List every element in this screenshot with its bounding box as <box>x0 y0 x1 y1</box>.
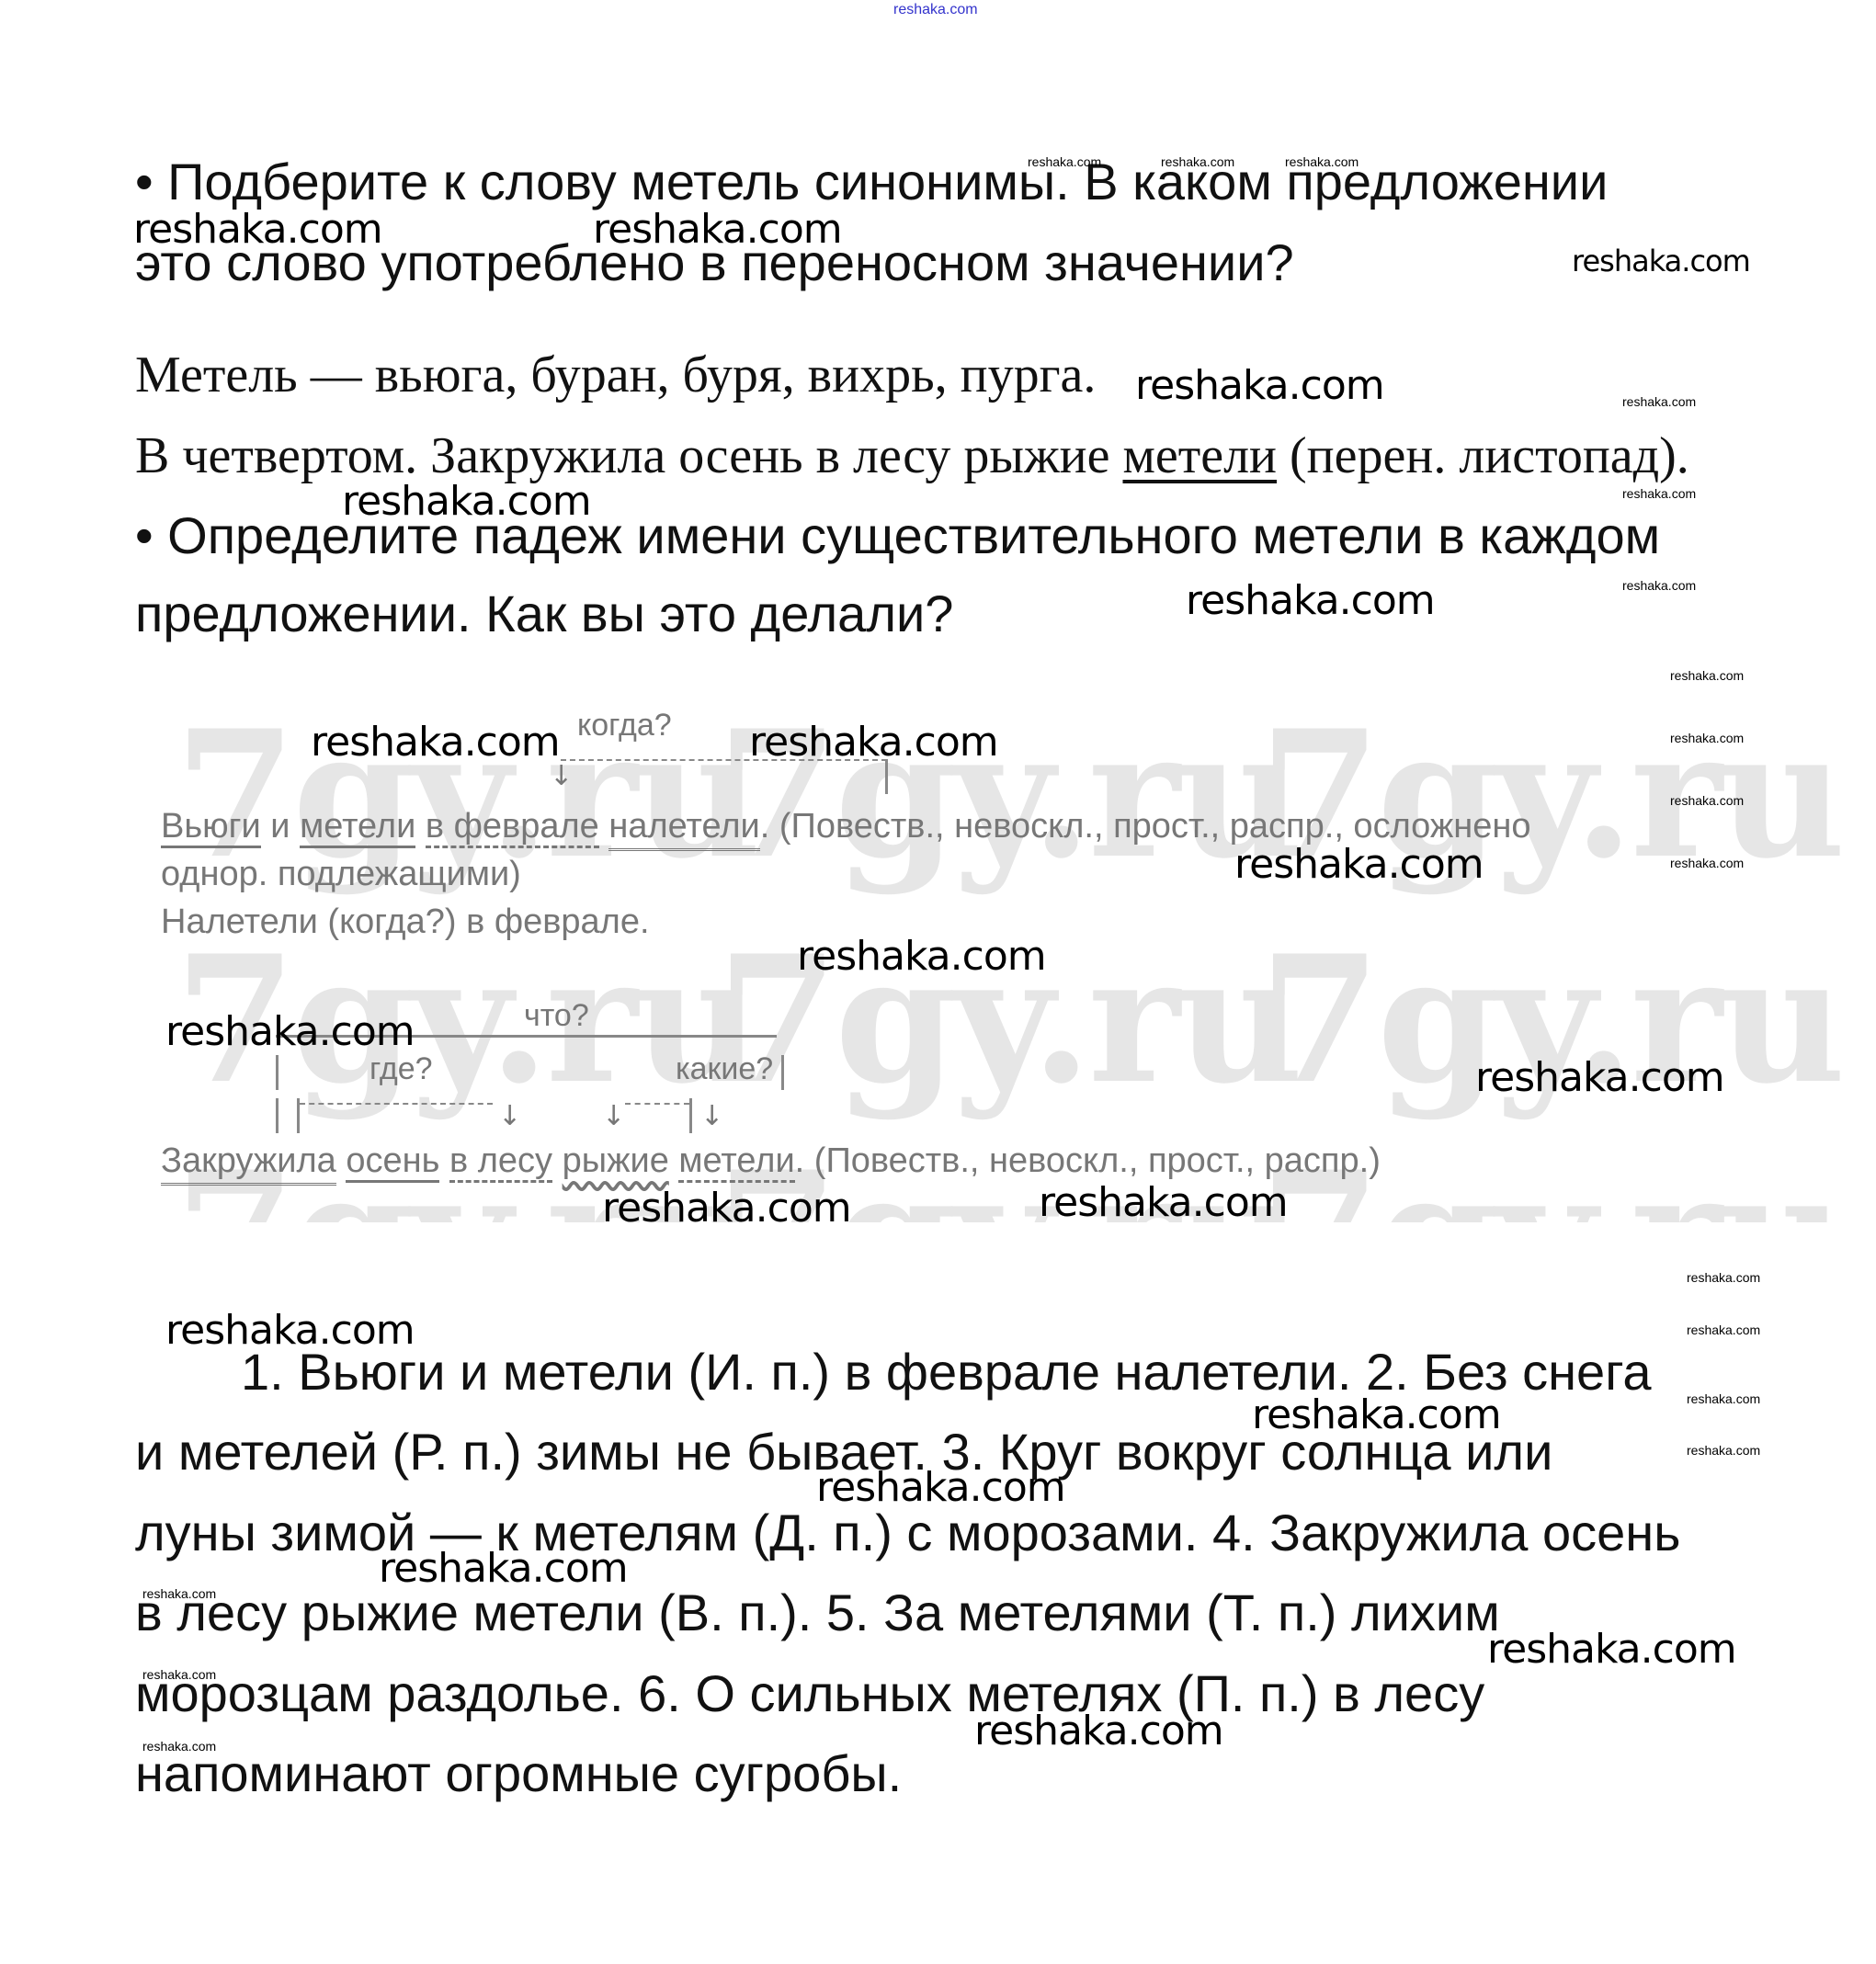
answer-2-line-5: морозцам раздолье. 6. О сильных метелях … <box>135 1668 1484 1720</box>
watermark-small: reshaka.com <box>1687 1271 1760 1284</box>
subject-word: Вьюги <box>161 807 261 848</box>
watermark-small: reshaka.com <box>1285 155 1359 168</box>
synonyms-answer: Метель — вьюга, буран, буря, вихрь, пург… <box>135 349 1096 401</box>
watermark-small: reshaka.com <box>1687 1444 1760 1457</box>
top-watermark: reshaka.com <box>893 3 978 17</box>
watermark-small: reshaka.com <box>1028 155 1101 168</box>
watermark-small: reshaka.com <box>1670 669 1744 682</box>
watermark: reshaka.com <box>816 1468 1065 1508</box>
watermark: reshaka.com <box>1039 1183 1288 1223</box>
answer-2-line-3: луны зимой — к метелям (Д. п.) с морозам… <box>135 1507 1680 1559</box>
sentence-characteristics: . (Повеств., невоскл., прост., распр.) <box>795 1141 1381 1180</box>
watermark: reshaka.com <box>133 210 382 250</box>
watermark: reshaka.com <box>602 1188 851 1229</box>
diagram-2-which-connector <box>625 1103 689 1105</box>
watermark: reshaka.com <box>1475 1058 1724 1098</box>
answer-2-line-6: напоминают огромные сугробы. <box>135 1748 902 1799</box>
subject-word: метели <box>300 807 415 848</box>
predicate-word: налетели <box>608 807 759 851</box>
watermark: reshaka.com <box>593 210 842 250</box>
figurative-answer-note: (перен. листопад). <box>1277 427 1689 484</box>
watermark: reshaka.com <box>1487 1629 1736 1670</box>
watermark-small: reshaka.com <box>1670 732 1744 744</box>
subject-word: осень <box>346 1141 439 1183</box>
arrow-down-icon: ↓ <box>700 1103 723 1130</box>
arrow-down-icon: ↓ <box>498 1103 521 1130</box>
question-2-line-2: предложении. Как вы это делали? <box>135 588 953 640</box>
watermark-small: reshaka.com <box>1670 794 1744 807</box>
watermark-small: reshaka.com <box>142 1740 216 1753</box>
diagram-2-connector-post <box>689 1098 692 1133</box>
diagram-2-question-which: какие? <box>676 1053 773 1084</box>
figurative-answer: В четвертом. Закружила осень в лесу рыжи… <box>135 430 1689 482</box>
diagram-2-connector-post <box>276 1098 279 1133</box>
diagram-1-question-when: когда? <box>577 710 672 741</box>
answer-2-line-4: в лесу рыжие метели (В. п.). 5. За метел… <box>135 1587 1500 1639</box>
watermark: reshaka.com <box>1234 845 1484 885</box>
predicate-word: Закружила <box>161 1141 336 1186</box>
watermark-small: reshaka.com <box>1687 1323 1760 1336</box>
adverbial-phrase: в феврале <box>426 807 599 848</box>
watermark-small: reshaka.com <box>1161 155 1234 168</box>
object-word: метели <box>678 1141 794 1183</box>
diagram-1-characteristics-cont: однор. подлежащими) <box>161 857 521 891</box>
attribute-word: рыжие <box>563 1141 669 1180</box>
diagram-2-connector-post <box>276 1055 279 1090</box>
figurative-word: метели <box>1122 427 1277 484</box>
watermark: reshaka.com <box>1572 246 1750 276</box>
arrow-down-icon: ↓ <box>550 763 573 790</box>
watermark: reshaka.com <box>1135 366 1384 406</box>
watermark: reshaka.com <box>342 482 591 522</box>
diagram-1-sentence: Вьюги и метели в феврале налетели. (Пове… <box>161 809 1531 844</box>
watermark: reshaka.com <box>1186 581 1435 621</box>
adverbial-phrase: в лесу <box>449 1141 552 1183</box>
watermark: reshaka.com <box>165 1012 415 1052</box>
arrow-down-icon: ↓ <box>602 1103 625 1130</box>
figurative-answer-lead: В четвертом. Закружила осень в лесу рыжи… <box>135 427 1122 484</box>
watermark-small: reshaka.com <box>1622 487 1696 500</box>
diagram-2-question-what: что? <box>524 1000 589 1031</box>
watermark: reshaka.com <box>974 1711 1223 1752</box>
diagram-2-connector-post <box>781 1055 784 1090</box>
watermark-small: reshaka.com <box>1687 1392 1760 1405</box>
watermark-small: reshaka.com <box>1670 857 1744 869</box>
watermark: reshaka.com <box>379 1549 628 1589</box>
diagram-2-sentence: Закружила осень в лесу рыжие метели. (По… <box>161 1143 1381 1178</box>
watermark: reshaka.com <box>797 937 1046 977</box>
watermark-small: reshaka.com <box>142 1587 216 1600</box>
watermark-small: reshaka.com <box>1622 579 1696 592</box>
sentence-characteristics: . (Повеств., невоскл., прост., распр., о… <box>760 807 1531 846</box>
answer-2-line-1: 1. Вьюги и метели (И. п.) в феврале нале… <box>241 1346 1652 1398</box>
watermark-small: reshaka.com <box>1622 395 1696 408</box>
diagram-2-question-where: где? <box>370 1053 433 1084</box>
question-1-line-1: • Подберите к слову метель синонимы. В к… <box>135 156 1608 208</box>
watermark-small: reshaka.com <box>142 1668 216 1681</box>
watermark: reshaka.com <box>749 722 998 763</box>
conjunction: и <box>261 807 300 846</box>
diagram-1-question-phrase: Налетели (когда?) в феврале. <box>161 904 650 939</box>
watermark: reshaka.com <box>311 722 560 763</box>
watermark: reshaka.com <box>165 1311 415 1351</box>
diagram-2-where-connector <box>300 1103 493 1105</box>
watermark: reshaka.com <box>1252 1395 1501 1436</box>
